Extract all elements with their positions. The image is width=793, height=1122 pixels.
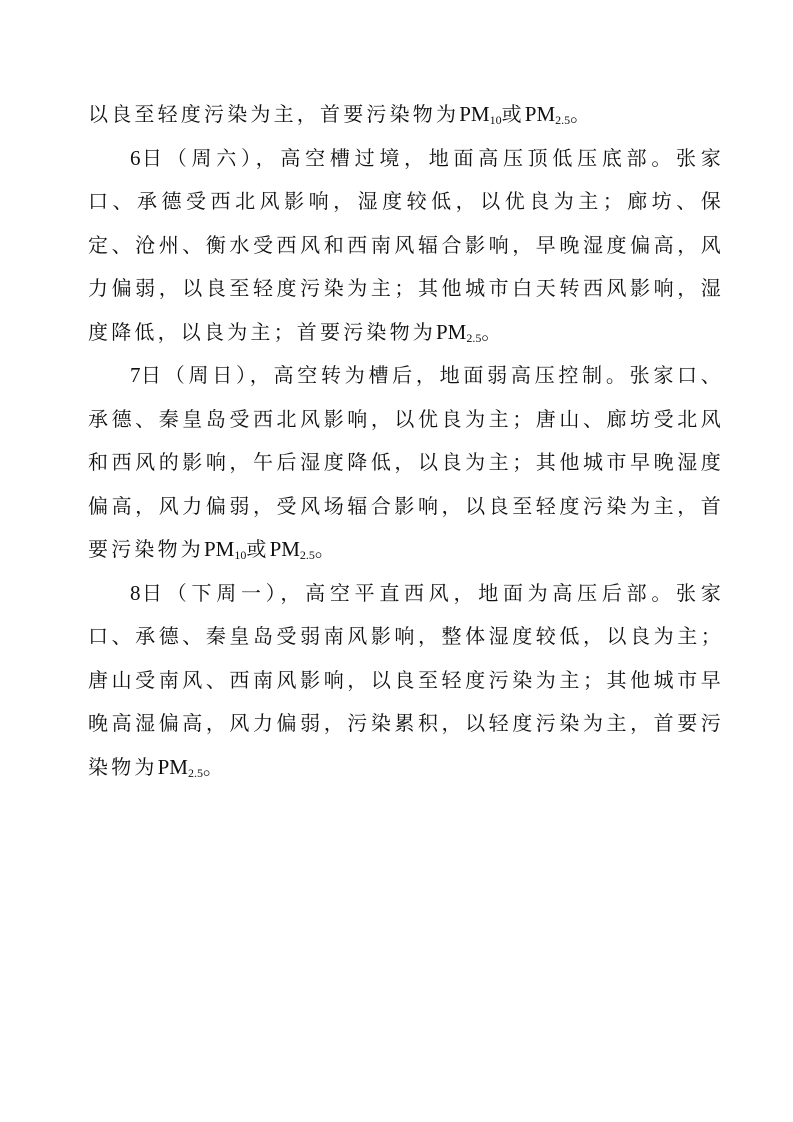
paragraph-text: 日（周六），高空槽过境，地面高压顶低压底部。张家口、承德受西北风影响，湿度较低，… bbox=[88, 146, 724, 344]
paragraph-text: 以良至轻度污染为主，首要污染物为 bbox=[88, 102, 459, 126]
pollutant-subscript: 2.5 bbox=[188, 766, 203, 780]
pollutant-base: PM bbox=[525, 102, 555, 126]
sentence-end: 。 bbox=[570, 102, 593, 126]
pollutant-subscript: 2.5 bbox=[466, 331, 481, 345]
paragraph-day-6: 6日（周六），高空槽过境，地面高压顶低压底部。张家口、承德受西北风影响，湿度较低… bbox=[88, 137, 724, 355]
pollutant-subscript: 2.5 bbox=[555, 113, 570, 127]
sentence-end: 。 bbox=[203, 755, 226, 779]
pollutant-base: PM bbox=[459, 102, 489, 126]
pollutant-subscript: 2.5 bbox=[300, 548, 315, 562]
pollutant-pm10: PM10 bbox=[204, 537, 246, 561]
day-number: 7 bbox=[130, 363, 141, 387]
pollutant-base: PM bbox=[158, 755, 188, 779]
sentence-end: 。 bbox=[481, 320, 504, 344]
pollutant-base: PM bbox=[270, 537, 300, 561]
paragraph-text: 日（下周一），高空平直西风，地面为高压后部。张家口、承德、秦皇岛受弱南风影响，整… bbox=[88, 581, 724, 779]
day-number: 6 bbox=[130, 146, 141, 170]
pollutant-subscript: 10 bbox=[490, 113, 502, 127]
paragraph-day-7: 7日（周日），高空转为槽后，地面弱高压控制。张家口、承德、秦皇岛受西北风影响，以… bbox=[88, 354, 724, 572]
pollutant-pm25: PM2.5 bbox=[158, 755, 203, 779]
pollutant-group: PM2.5。 bbox=[158, 755, 227, 779]
joiner-text: 或 bbox=[246, 537, 269, 561]
pollutant-pm10: PM10 bbox=[459, 102, 501, 126]
pollutant-base: PM bbox=[436, 320, 466, 344]
document-page: 以良至轻度污染为主，首要污染物为PM10或PM2.5。 6日（周六），高空槽过境… bbox=[88, 93, 724, 789]
day-number: 8 bbox=[130, 581, 141, 605]
pollutant-subscript: 10 bbox=[234, 548, 246, 562]
pollutant-pm25: PM2.5 bbox=[270, 537, 315, 561]
paragraph-continuation: 以良至轻度污染为主，首要污染物为PM10或PM2.5。 bbox=[88, 93, 724, 137]
pollutant-group: PM2.5。 bbox=[436, 320, 505, 344]
pollutant-pm25: PM2.5 bbox=[525, 102, 570, 126]
joiner-text: 或 bbox=[502, 102, 525, 126]
sentence-end: 。 bbox=[315, 537, 338, 561]
pollutant-group: PM10或PM2.5。 bbox=[459, 102, 593, 126]
paragraph-text: 日（周日），高空转为槽后，地面弱高压控制。张家口、承德、秦皇岛受西北风影响，以优… bbox=[88, 363, 724, 561]
pollutant-pm25: PM2.5 bbox=[436, 320, 481, 344]
pollutant-base: PM bbox=[204, 537, 234, 561]
paragraph-day-8: 8日（下周一），高空平直西风，地面为高压后部。张家口、承德、秦皇岛受弱南风影响，… bbox=[88, 572, 724, 790]
pollutant-group: PM10或PM2.5。 bbox=[204, 537, 338, 561]
